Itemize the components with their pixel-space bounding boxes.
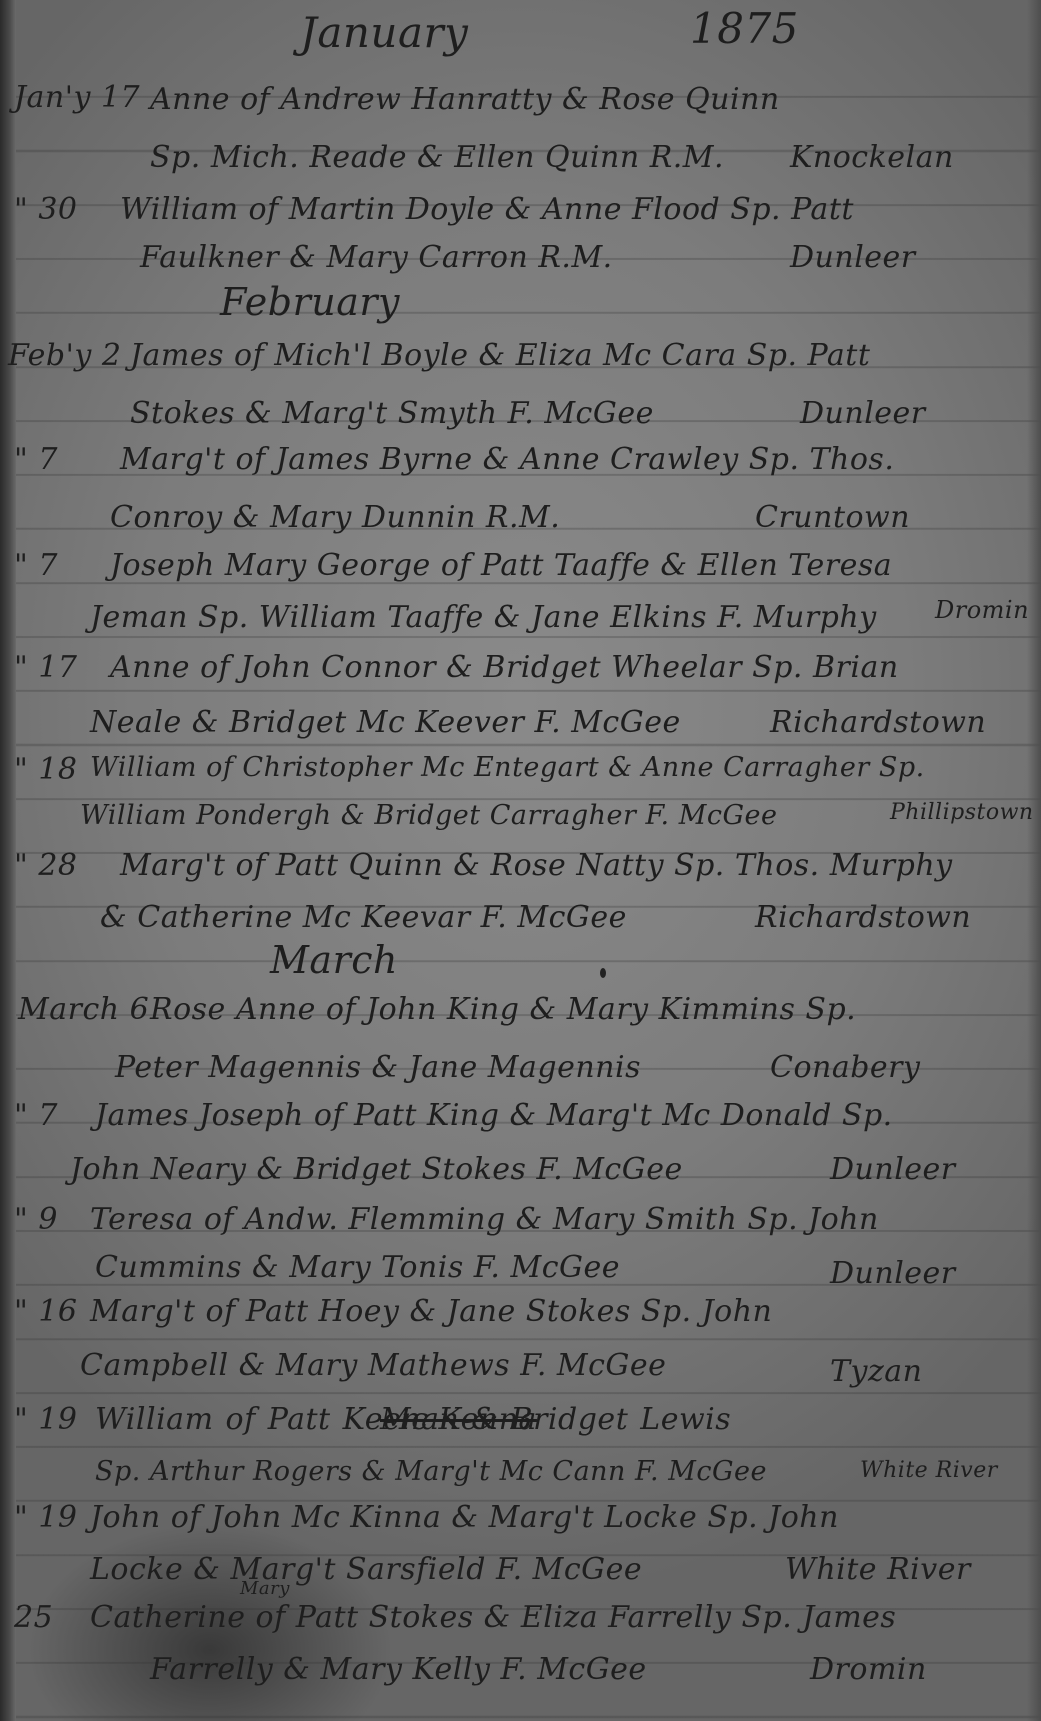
month-heading: March [270, 938, 398, 982]
entry-place: Dunleer [830, 1152, 956, 1187]
entry-line-2: & Catherine Mc Keevar F. McGee [100, 900, 627, 935]
entry-line-1: Anne of John Connor & Bridget Wheelar Sp… [110, 650, 899, 685]
entry-date: " 18 [14, 752, 78, 787]
entry-line-1: James Joseph of Patt King & Marg't Mc Do… [95, 1098, 893, 1133]
entry-date: " 7 [14, 1098, 58, 1133]
entry-date: " 30 [14, 192, 78, 227]
entry-place: Cruntown [755, 500, 910, 535]
entry-date: " 7 [14, 548, 58, 583]
entry-line-1: Anne of Andrew Hanratty & Rose Quinn [150, 82, 780, 117]
register-page: January 1875 Jan'y 17 Anne of Andrew Han… [0, 0, 1041, 1721]
entry-line-1: Catherine of Patt Stokes & Eliza Farrell… [90, 1600, 896, 1635]
entry-line-2: William Pondergh & Bridget Carragher F. … [80, 800, 778, 831]
entry-date: Feb'y 2 [8, 338, 121, 373]
entry-place: Dunleer [790, 240, 916, 275]
entry-date: " 9 [14, 1202, 58, 1237]
entry-place: Dromin [810, 1652, 927, 1687]
entry-date: March 6 [18, 992, 149, 1027]
heading-month: January [300, 8, 468, 57]
entry-place: Phillipstown [890, 800, 1034, 825]
entry-line-1: Joseph Mary George of Patt Taaffe & Elle… [110, 548, 892, 583]
entry-place: White River [860, 1458, 998, 1483]
entry-place: Richardstown [755, 900, 971, 935]
entry-place: Knockelan [790, 140, 954, 175]
entry-line-1: William of Christopher Mc Entegart & Ann… [90, 752, 925, 783]
entry-place: Tyzan [830, 1354, 922, 1389]
entry-line-2: Sp. Arthur Rogers & Marg't Mc Cann F. Mc… [95, 1456, 767, 1487]
entry-line-2: Jeman Sp. William Taaffe & Jane Elkins F… [90, 600, 877, 635]
entry-line-1: Marg't of Patt Hoey & Jane Stokes Sp. Jo… [90, 1294, 772, 1329]
entry-date: 25 [14, 1600, 53, 1635]
page-edge [1027, 0, 1041, 1721]
entry-line-2: Cummins & Mary Tonis F. McGee [95, 1250, 620, 1285]
entry-line-1: William of Patt Keenan & Bridget Lewis [95, 1402, 731, 1437]
entry-line-2: Sp. Mich. Reade & Ellen Quinn R.M. [150, 140, 724, 175]
entry-line-1: John of John Mc Kinna & Marg't Locke Sp.… [90, 1500, 839, 1535]
entry-place: Dunleer [830, 1256, 956, 1291]
entry-date: " 16 [14, 1294, 78, 1329]
entry-date: " 28 [14, 848, 78, 883]
entry-line-2: John Neary & Bridget Stokes F. McGee [70, 1152, 683, 1187]
heading-year: 1875 [690, 4, 799, 53]
entry-line-2: Stokes & Marg't Smyth F. McGee [130, 396, 654, 431]
month-heading: February [220, 280, 400, 324]
entry-date: " 19 [14, 1402, 78, 1437]
entry-line-1: William of Martin Doyle & Anne Flood Sp.… [120, 192, 854, 227]
entry-place: Dromin [935, 596, 1029, 624]
entry-line-1: Rose Anne of John King & Mary Kimmins Sp… [150, 992, 856, 1027]
entry-place: White River [785, 1552, 971, 1587]
entry-place: Conabery [770, 1050, 920, 1085]
entry-line-1: Marg't of James Byrne & Anne Crawley Sp.… [120, 442, 894, 477]
entry-line-1: Marg't of Patt Quinn & Rose Natty Sp. Th… [120, 848, 953, 883]
entry-line-2: Campbell & Mary Mathews F. McGee [80, 1348, 666, 1383]
entry-line-2: Neale & Bridget Mc Keever F. McGee [90, 705, 681, 740]
entry-line-1: Teresa of Andw. Flemming & Mary Smith Sp… [90, 1202, 879, 1237]
entry-line-2: Peter Magennis & Jane Magennis [115, 1050, 641, 1085]
entry-place: Richardstown [770, 705, 986, 740]
entry-line-2: Conroy & Mary Dunnin R.M. [110, 500, 560, 535]
entry-line-2: Farrelly & Mary Kelly F. McGee [150, 1652, 647, 1687]
entry-date: " 7 [14, 442, 58, 477]
ink-blot [600, 968, 606, 978]
entry-line-2: Faulkner & Mary Carron R.M. [140, 240, 613, 275]
entry-date: " 19 [14, 1500, 78, 1535]
entry-date: Jan'y 17 [14, 80, 140, 115]
entry-place: Dunleer [800, 396, 926, 431]
entry-line-2: Locke & Marg't Sarsfield F. McGee [90, 1552, 642, 1587]
entry-line-1: James of Mich'l Boyle & Eliza Mc Cara Sp… [130, 338, 870, 373]
entry-date: " 17 [14, 650, 78, 685]
insertion-text: Mary [240, 1578, 290, 1599]
